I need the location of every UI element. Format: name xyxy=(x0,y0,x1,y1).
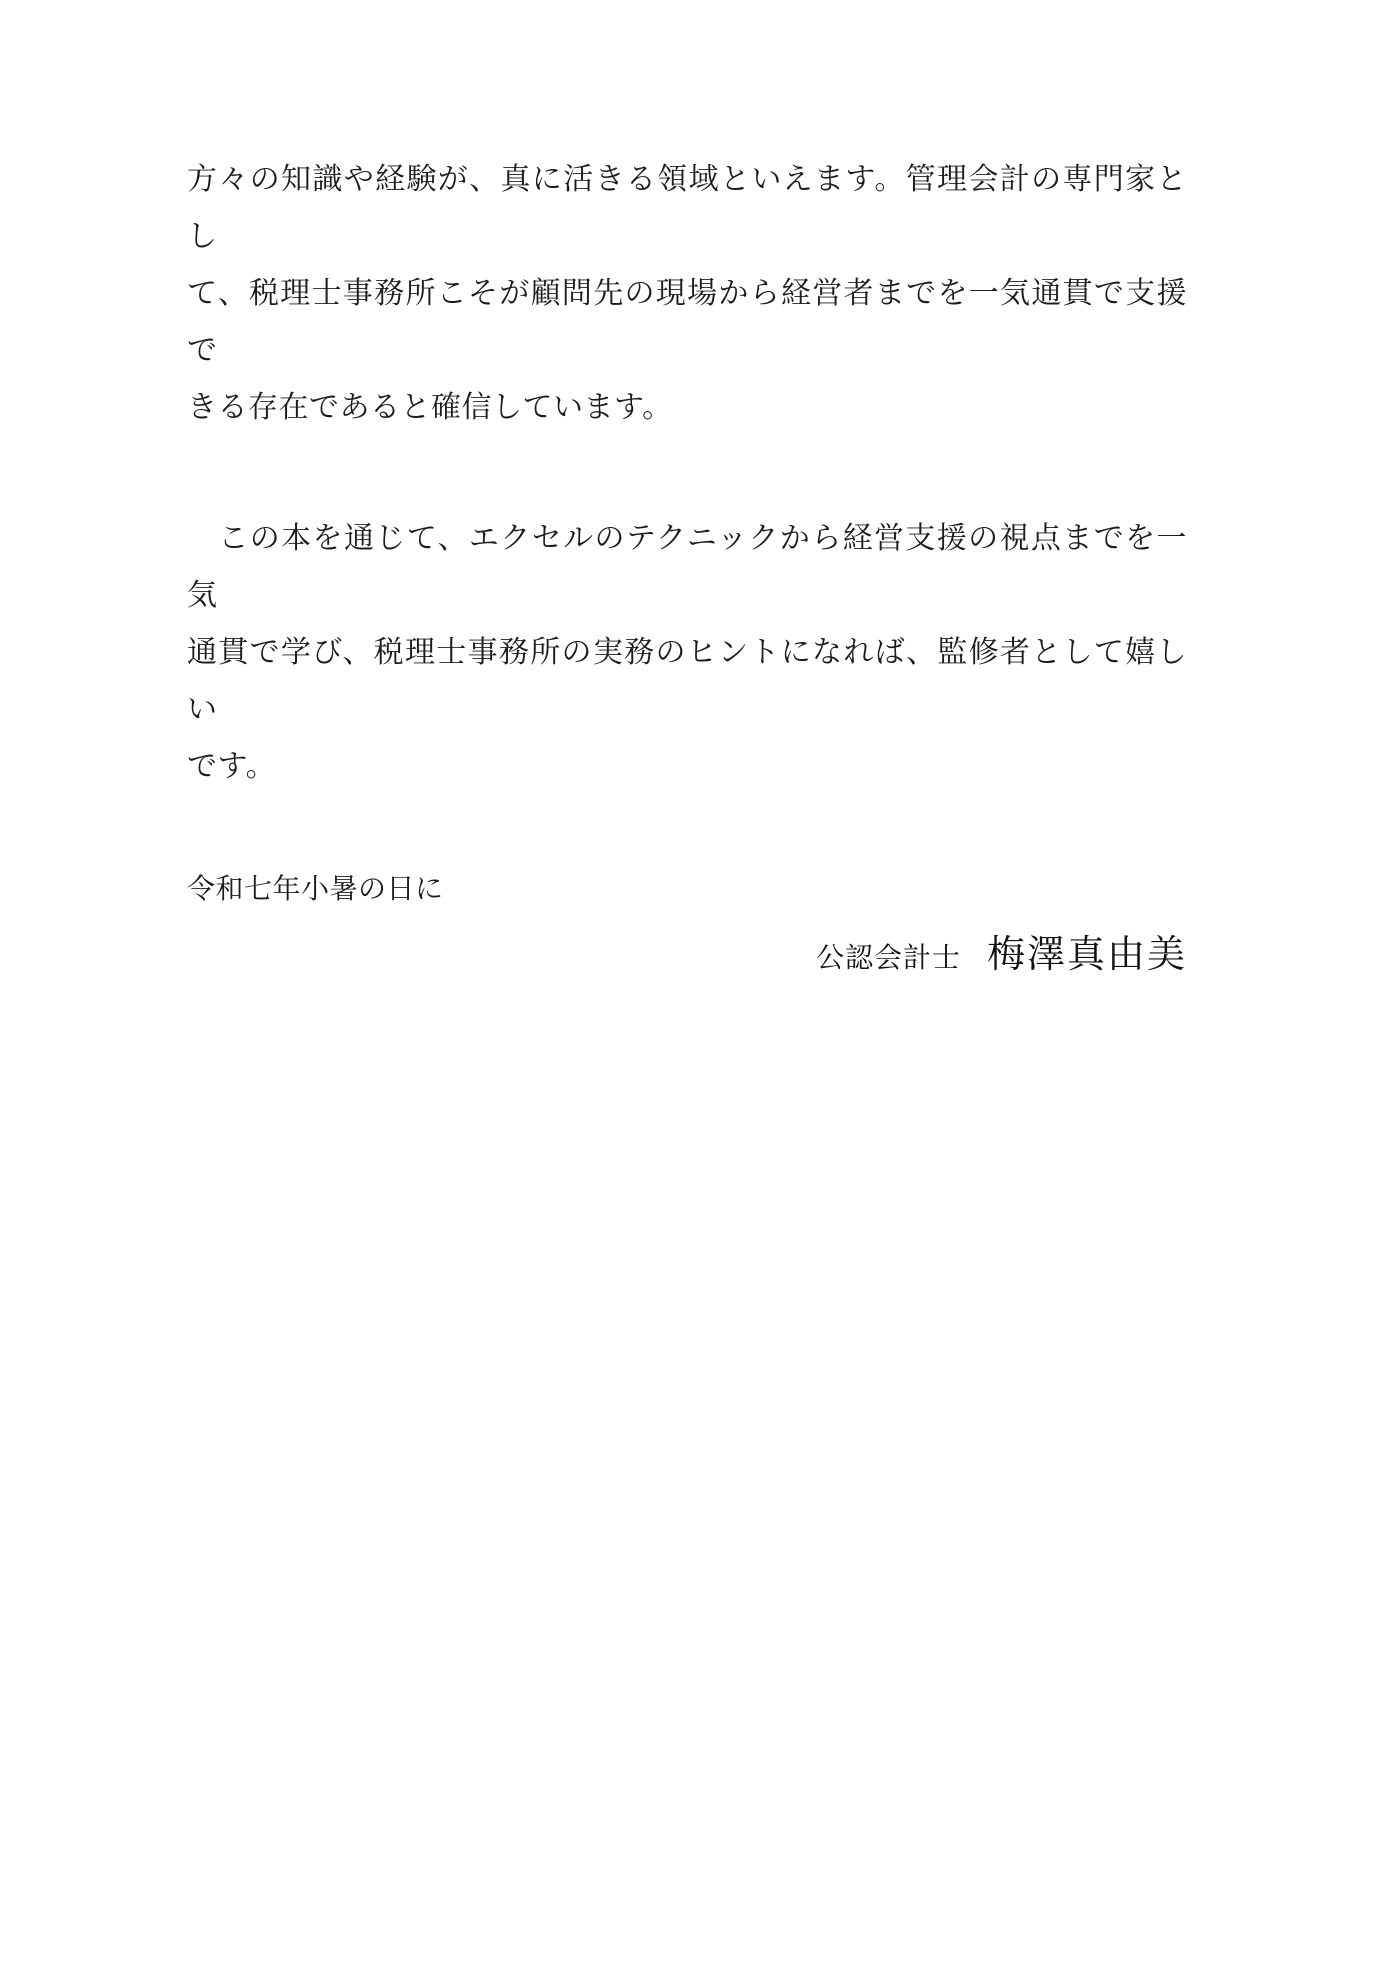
body-paragraph-1: 方々の知識や経験が、真に活きる領域といえます。管理会計の専門家とし て、税理士事… xyxy=(187,151,1187,436)
date-line: 令和七年小暑の日に xyxy=(187,871,1187,907)
body-paragraph-2: この本を通じて、エクセルのテクニックから経営支援の視点までを一気 通貫で学び、税… xyxy=(187,510,1187,795)
paragraph-line: 方々の知識や経験が、真に活きる領域といえます。管理会計の専門家とし xyxy=(187,151,1187,265)
paragraph-line: です。 xyxy=(187,738,1187,795)
paragraph-line: 通貫で学び、税理士事務所の実務のヒントになれば、監修者として嬉しい xyxy=(187,624,1187,738)
foreword-text-block: 方々の知識や経験が、真に活きる領域といえます。管理会計の専門家とし て、税理士事… xyxy=(187,151,1187,978)
paragraph-line: て、税理士事務所こそが顧問先の現場から経営者までを一気通貫で支援で xyxy=(187,265,1187,379)
paragraph-line: きる存在であると確信しています。 xyxy=(187,379,1187,436)
signature-name: 梅澤真由美 xyxy=(987,933,1187,977)
signature-title: 公認会計士 xyxy=(816,938,961,978)
paragraph-line: この本を通じて、エクセルのテクニックから経営支援の視点までを一気 xyxy=(187,510,1187,624)
signature-row: 公認会計士 梅澤真由美 xyxy=(187,933,1187,978)
document-page: 方々の知識や経験が、真に活きる領域といえます。管理会計の専門家とし て、税理士事… xyxy=(0,0,1400,1986)
